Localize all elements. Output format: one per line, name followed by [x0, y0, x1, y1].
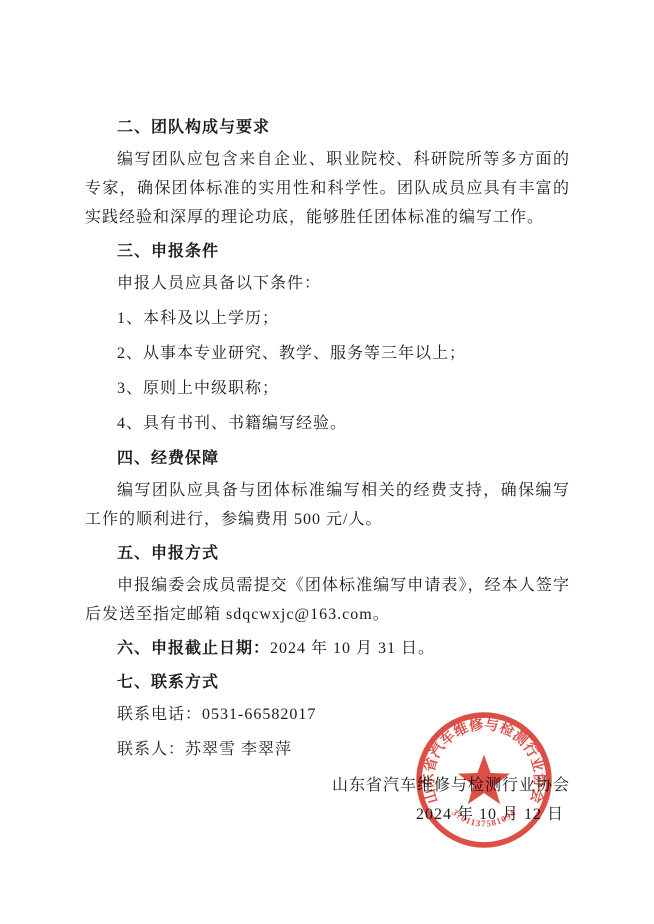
conditions-intro: 申报人员应具备以下条件：	[85, 269, 570, 298]
deadline-value: 2024 年 10 月 31 日。	[270, 640, 435, 657]
section-heading-contact: 七、联系方式	[85, 668, 570, 697]
signature-date: 2024 年 10 月 12 日	[85, 800, 570, 829]
condition-item-2: 2、从事本专业研究、教学、服务等三年以上；	[85, 339, 570, 368]
deadline-line: 六、申报截止日期：2024 年 10 月 31 日。	[85, 634, 570, 663]
section-heading-method: 五、申报方式	[85, 539, 570, 568]
deadline-label: 六、申报截止日期：	[117, 640, 270, 657]
contact-phone: 联系电话：0531-66582017	[85, 700, 570, 729]
paragraph-funding: 编写团队应具备与团体标准编写相关的经费支持，确保编写工作的顺利进行，参编费用 5…	[85, 476, 570, 534]
document-content: 二、团队构成与要求 编写团队应包含来自企业、职业院校、科研院所等多方面的专家，确…	[0, 0, 654, 924]
condition-item-3: 3、原则上中级职称；	[85, 374, 570, 403]
section-heading-team: 二、团队构成与要求	[85, 113, 570, 142]
paragraph-team-requirements: 编写团队应包含来自企业、职业院校、科研院所等多方面的专家，确保团体标准的实用性和…	[85, 145, 570, 232]
section-heading-conditions: 三、申报条件	[85, 237, 570, 266]
paragraph-method: 申报编委会成员需提交《团体标准编写申请表》，经本人签字后发送至指定邮箱 sdqc…	[85, 571, 570, 629]
condition-item-4: 4、具有书刊、书籍编写经验。	[85, 409, 570, 438]
contact-person: 联系人：苏翠雪 李翠萍	[85, 735, 570, 764]
signature-block: 山东省汽车维修与检测行业协会 2024 年 10 月 12 日	[85, 771, 570, 829]
signature-organization: 山东省汽车维修与检测行业协会	[85, 771, 570, 800]
condition-item-1: 1、本科及以上学历；	[85, 304, 570, 333]
document-page: 二、团队构成与要求 编写团队应包含来自企业、职业院校、科研院所等多方面的专家，确…	[0, 0, 654, 924]
section-heading-funding: 四、经费保障	[85, 444, 570, 473]
